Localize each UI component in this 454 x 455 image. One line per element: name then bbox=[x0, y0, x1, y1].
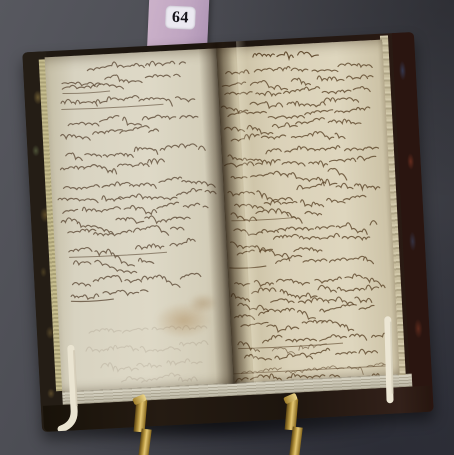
elastic-bands bbox=[22, 32, 433, 432]
open-manuscript-book bbox=[22, 32, 433, 432]
photo-stage: 64 bbox=[0, 0, 454, 455]
lot-number-patch: 64 bbox=[165, 5, 196, 29]
elastic-band-left bbox=[57, 348, 75, 429]
lot-number: 64 bbox=[172, 8, 190, 27]
